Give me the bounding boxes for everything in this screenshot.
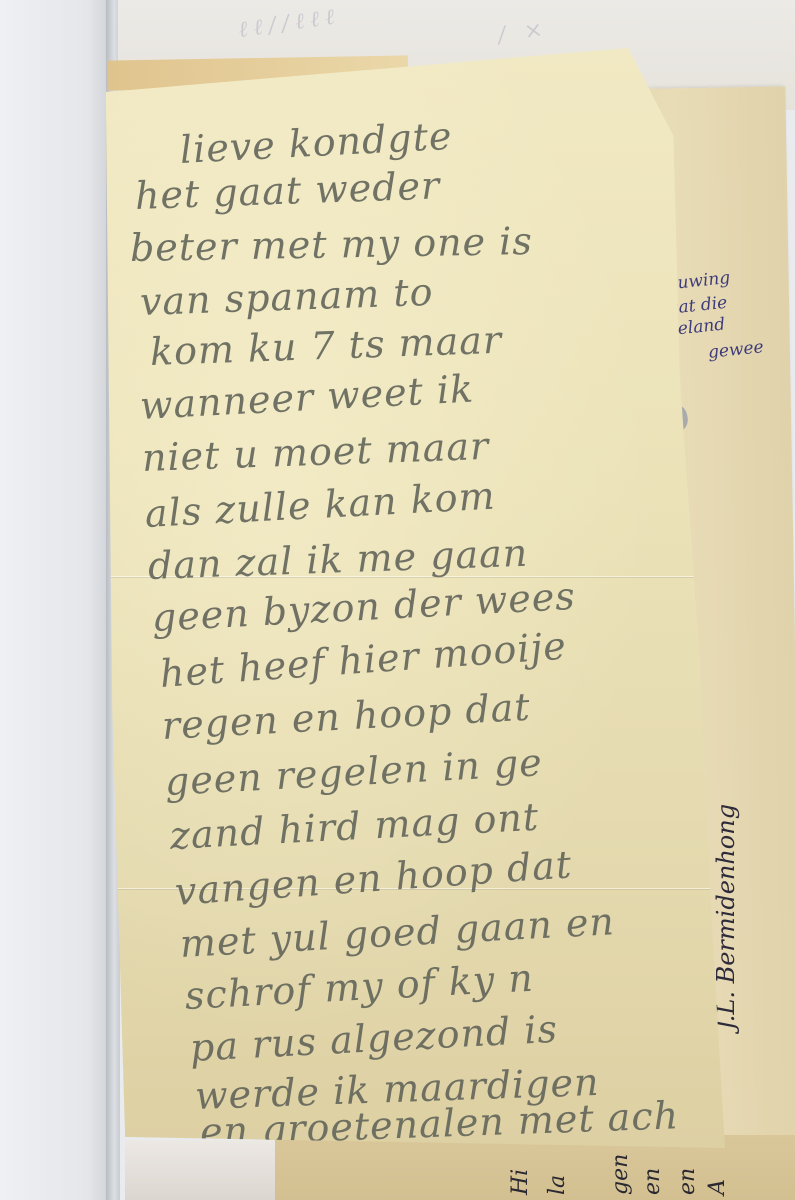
ink-fragment: en (640, 1168, 665, 1195)
letter-line: van spanam to (139, 270, 434, 324)
ink-fragment: Hi (508, 1169, 533, 1195)
ink-fragment: la (545, 1175, 570, 1195)
ink-fragment: en (675, 1168, 700, 1195)
faded-writing: / × (497, 17, 551, 49)
tissue-paper (125, 1140, 275, 1200)
ink-fragment: gen (608, 1154, 633, 1195)
faded-writing: ℓℓ//ℓℓℓ (237, 3, 342, 43)
letter-line: regen en hoop dat (161, 685, 532, 748)
ink-fragment: A (705, 1179, 730, 1195)
letter-line: lieve kondgte (179, 114, 454, 172)
letter-line: wanneer weet ik (139, 367, 475, 428)
letter-line: kom ku 7 ts maar (149, 318, 503, 374)
letter-line: beter met my one is (130, 219, 534, 270)
letter-line: met yul goed gaan en (179, 899, 616, 966)
letter-line: als zulle kan kom (144, 474, 497, 536)
letter-line: geen regelen in ge (164, 740, 544, 804)
letter-line: niet u moet maar (141, 424, 490, 480)
vertical-name: J.L. Bermidenhong (712, 804, 740, 1030)
letter-line: het gaat weder (134, 163, 441, 218)
letter-line: schrof my of ky n (184, 956, 535, 1018)
letter-line: pa rus algezond is (189, 1007, 559, 1070)
pencil-letter: lieve kondgtehet gaat wederbeter met my … (80, 48, 725, 1148)
backdrop-left (0, 0, 110, 1200)
